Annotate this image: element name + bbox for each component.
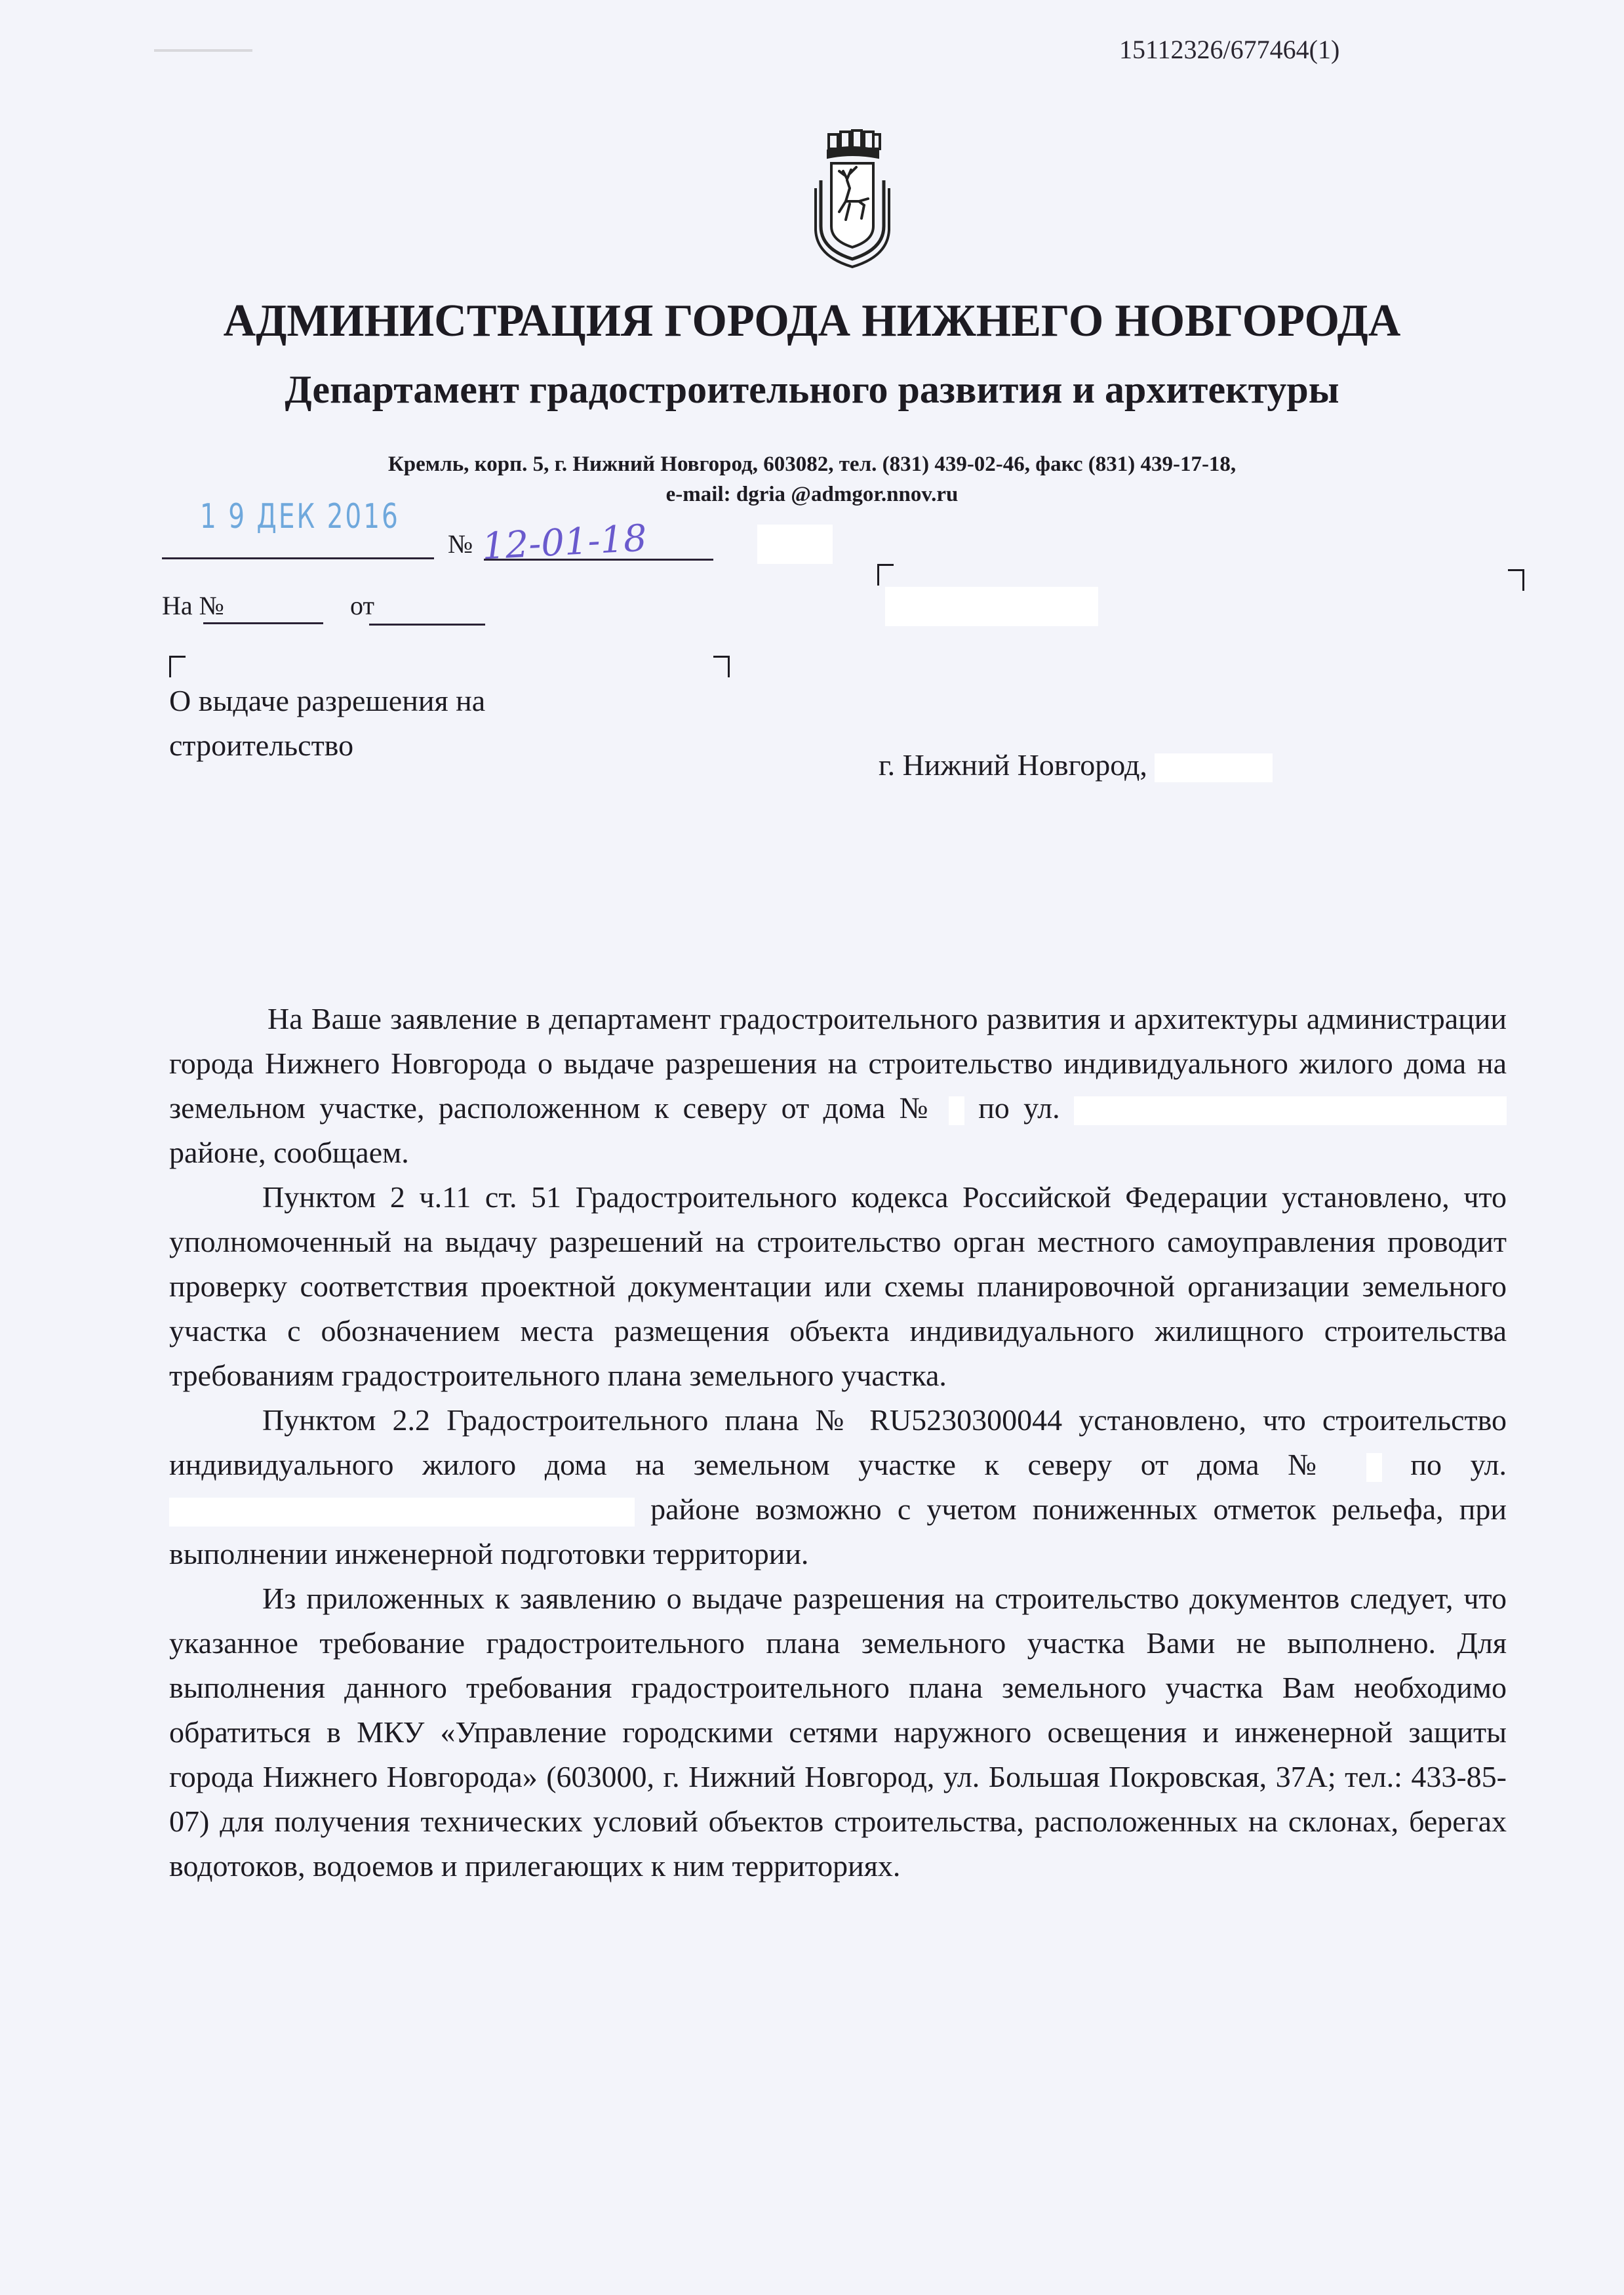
subject: О выдаче разрешения на строительство bbox=[169, 679, 485, 768]
department-name: Департамент градостроительного развития … bbox=[0, 367, 1624, 412]
subject-line: О выдаче разрешения на bbox=[169, 679, 485, 723]
reference-number: 15112326/677464(1) bbox=[1119, 34, 1339, 65]
city-name: г. Нижний Новгород, bbox=[879, 748, 1147, 782]
date-stamp: 1 9 ДЕК 2016 bbox=[200, 497, 400, 536]
address-line: Кремль, корп. 5, г. Нижний Новгород, 603… bbox=[0, 449, 1624, 479]
coat-of-arms-icon bbox=[813, 128, 892, 272]
from-underline bbox=[369, 624, 485, 626]
paragraph: Пунктом 2.2 Градостроительного плана № R… bbox=[169, 1398, 1507, 1576]
paragraph: На Ваше заявление в департамент градостр… bbox=[169, 997, 1507, 1175]
addressee-corner-right bbox=[1508, 569, 1524, 591]
redacted-date bbox=[1155, 753, 1273, 782]
redacted-house-number bbox=[949, 1096, 964, 1125]
addressee-corner-left bbox=[877, 564, 894, 586]
redacted-street bbox=[169, 1498, 635, 1527]
reply-to-label: На № bbox=[162, 590, 224, 621]
paragraph: Из приложенных к заявлению о выдаче разр… bbox=[169, 1576, 1507, 1888]
letter-body: На Ваше заявление в департамент градостр… bbox=[169, 997, 1507, 1888]
number-underline bbox=[484, 559, 713, 561]
redacted-addressee bbox=[885, 587, 1098, 626]
organization-title: АДМИНИСТРАЦИЯ ГОРОДА НИЖНЕГО НОВГОРОДА bbox=[16, 295, 1608, 348]
date-underline bbox=[162, 557, 434, 559]
from-label: от bbox=[350, 590, 374, 621]
city-line: г. Нижний Новгород, bbox=[879, 748, 1273, 782]
redacted-area bbox=[757, 525, 833, 564]
subject-corner-left bbox=[169, 656, 186, 677]
reply-to-underline bbox=[203, 622, 323, 624]
subject-line: строительство bbox=[169, 723, 485, 768]
paragraph: Пунктом 2 ч.11 ст. 51 Градостроительного… bbox=[169, 1175, 1507, 1398]
redacted-street bbox=[1074, 1096, 1507, 1125]
subject-corner-right bbox=[713, 656, 730, 677]
scan-mark bbox=[154, 49, 252, 52]
number-label: № bbox=[448, 529, 473, 559]
redacted-house-number bbox=[1366, 1453, 1382, 1482]
